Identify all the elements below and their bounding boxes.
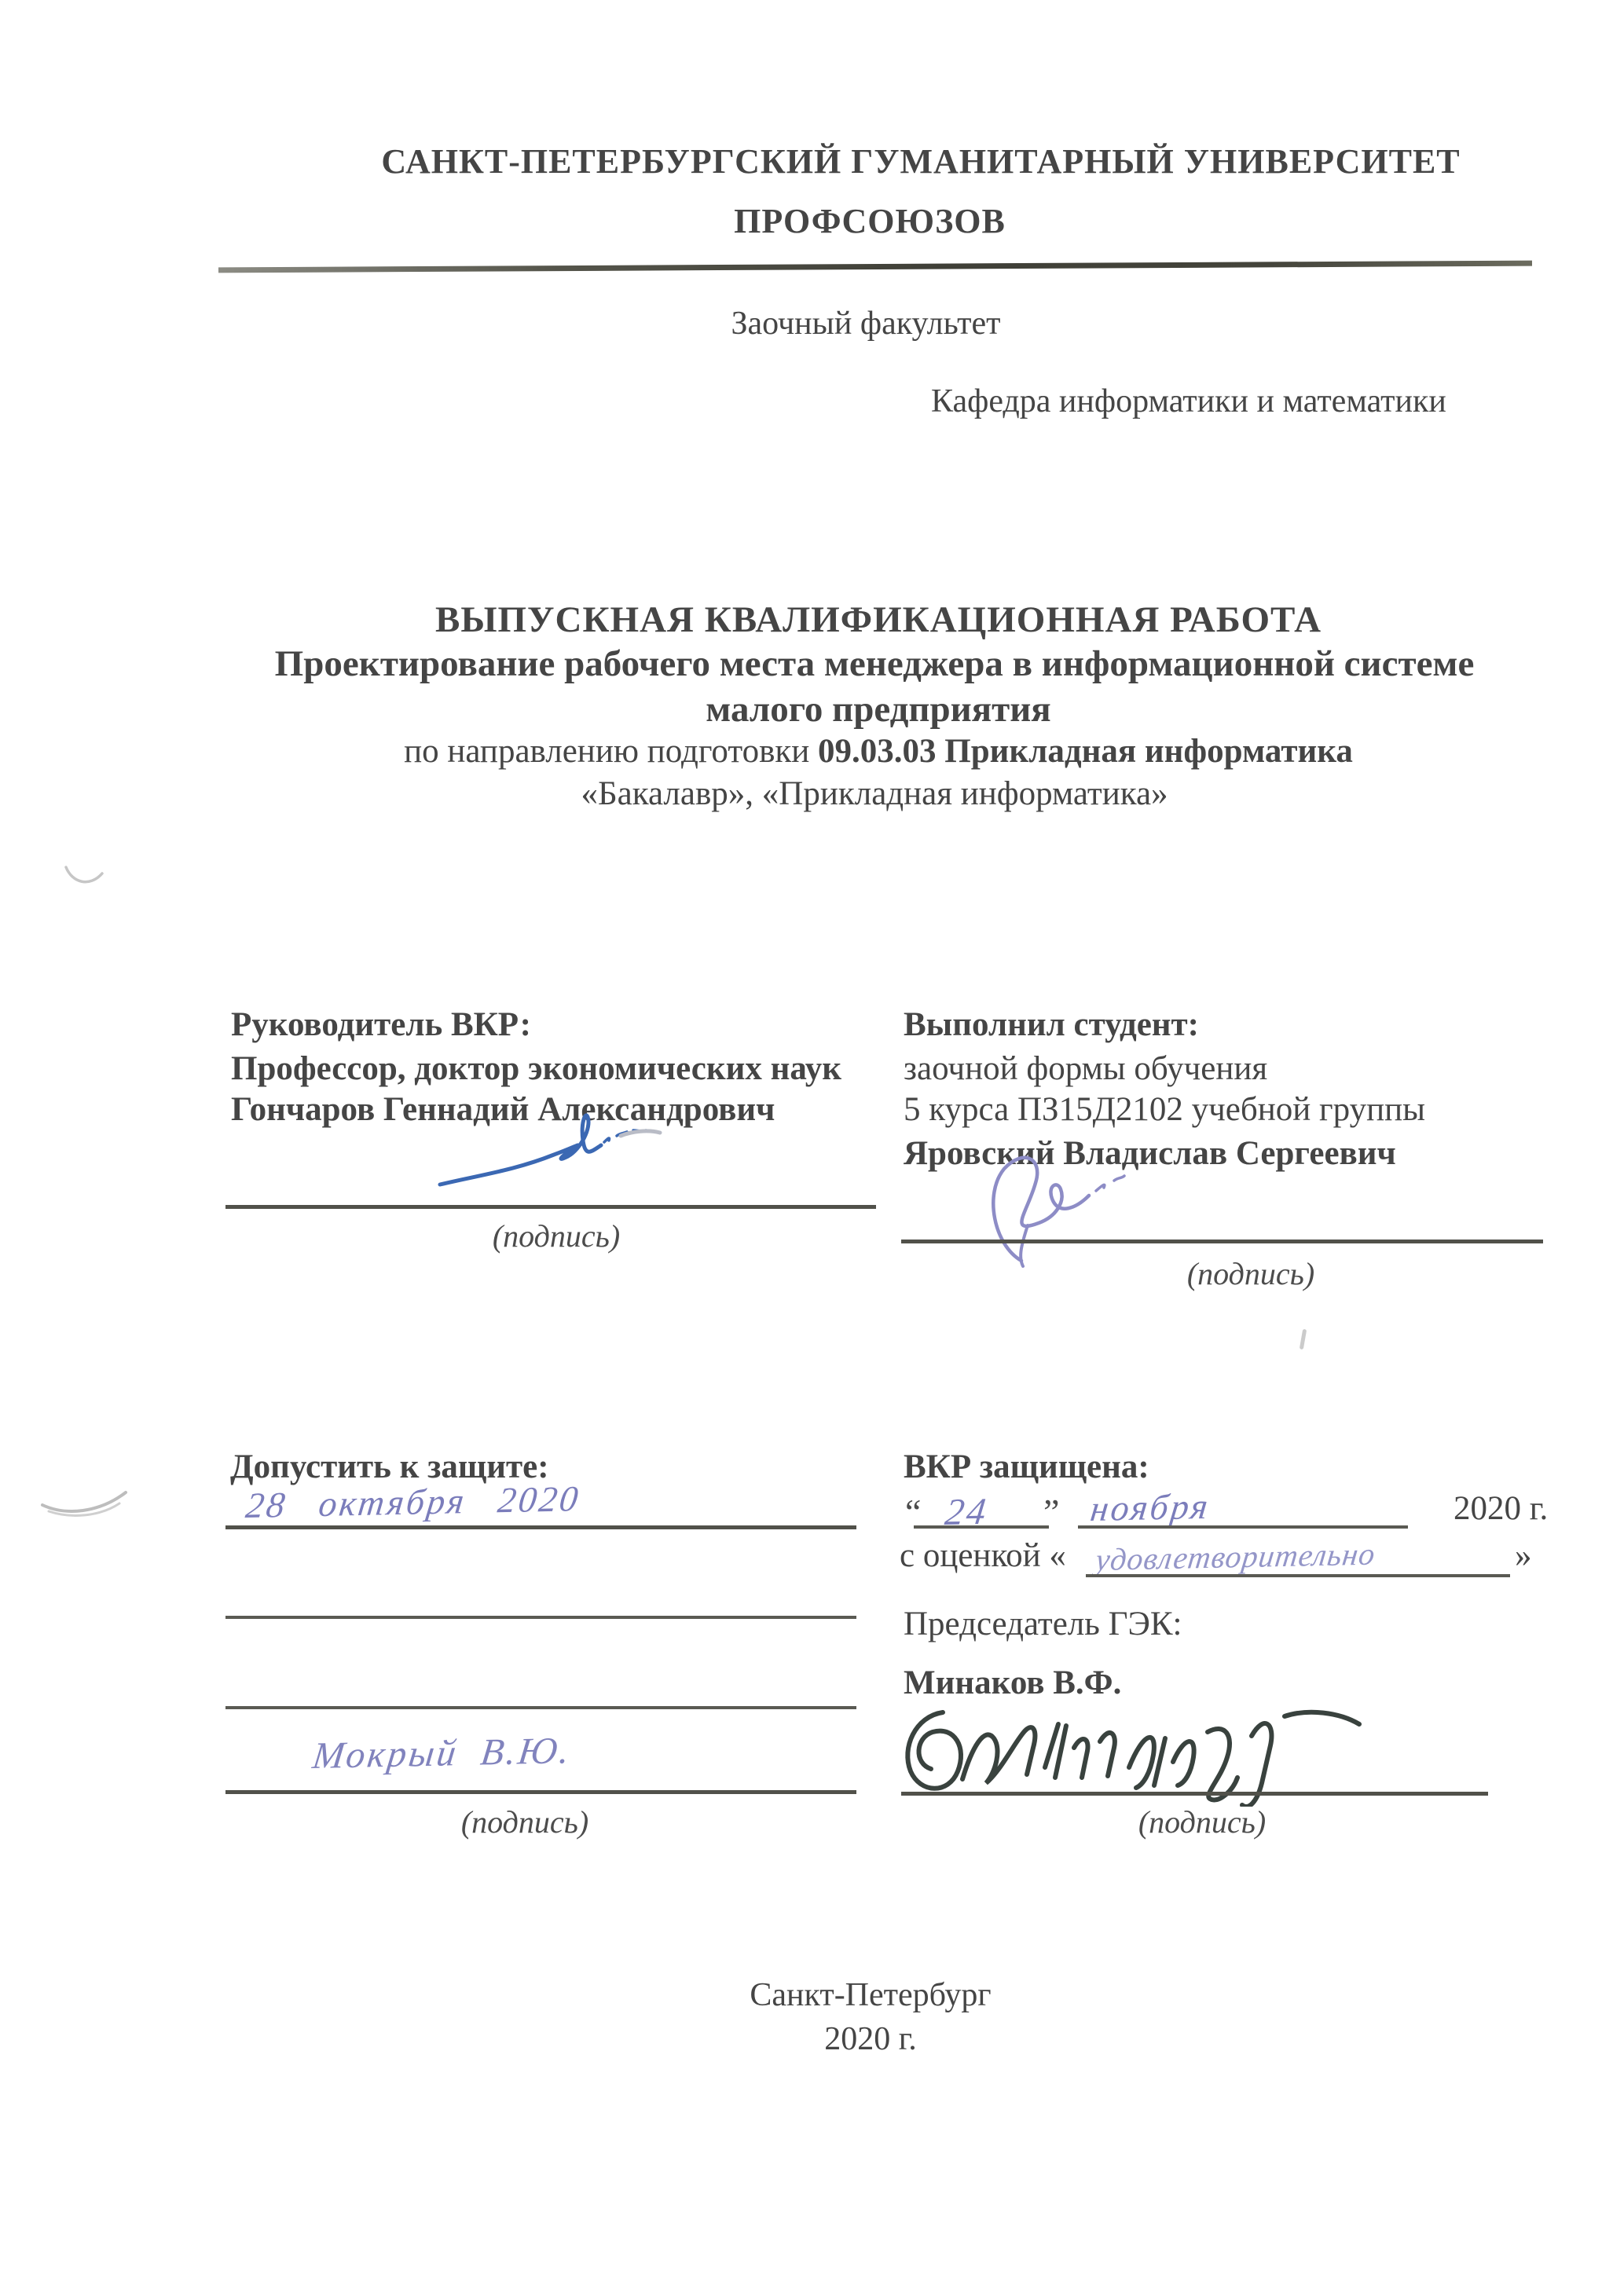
pen-mark-artifact-2 — [38, 1478, 140, 1525]
document-page: САНКТ-ПЕТЕРБУРГСКИЙ ГУМАНИТАРНЫЙ УНИВЕРС… — [0, 0, 1624, 2296]
pen-mark-artifact-1 — [61, 850, 108, 897]
header-divider — [218, 261, 1532, 273]
student-signature-caption: (подпись) — [1187, 1255, 1314, 1292]
student-signature-line — [901, 1240, 1543, 1243]
chairman-label: Председатель ГЭК: — [904, 1605, 1182, 1643]
admission-line-3 — [225, 1706, 856, 1709]
defense-month-line — [1078, 1525, 1408, 1529]
defense-handwritten-grade: удовлетворительно — [1094, 1536, 1377, 1578]
admission-handwritten-signature: Мокрый В.Ю. — [310, 1729, 574, 1778]
admission-handwritten-date: 28 октября 2020 — [244, 1478, 582, 1526]
study-direction-code: 09.03.03 Прикладная информатика — [818, 733, 1353, 770]
student-group: 5 курса ПЗ15Д2102 учебной группы — [904, 1090, 1425, 1129]
qualification-line: «Бакалавр», «Прикладная информатика» — [581, 774, 1168, 813]
chairman-signature-caption: (подпись) — [1138, 1803, 1266, 1840]
footer-city: Санкт-Петербург — [750, 1976, 991, 2014]
supervisor-signature — [436, 1106, 672, 1196]
defense-label: ВКР защищена: — [904, 1448, 1149, 1486]
university-name-line2: ПРОФСОЮЗОВ — [734, 201, 1006, 241]
faculty-name: Заочный факультет — [731, 305, 1000, 342]
study-direction-prefix: по направлению подготовки — [404, 733, 818, 770]
thesis-topic-line2: малого предприятия — [706, 688, 1050, 731]
defense-grade-prefix: с оценкой « — [900, 1536, 1066, 1575]
admission-signature-line — [225, 1790, 856, 1794]
university-name-line1: САНКТ-ПЕТЕРБУРГСКИЙ ГУМАНИТАРНЫЙ УНИВЕРС… — [381, 141, 1460, 181]
supervisor-signature-line — [225, 1205, 876, 1209]
department-name: Кафедра информатики и математики — [931, 383, 1446, 420]
defense-grade-suffix: » — [1515, 1536, 1532, 1575]
student-study-form: заочной формы обучения — [904, 1049, 1267, 1088]
defense-handwritten-month: ноября — [1088, 1485, 1212, 1529]
admission-line-2 — [225, 1616, 856, 1619]
defense-year: 2020 г. — [1454, 1489, 1548, 1528]
admission-signature-caption: (подпись) — [461, 1803, 588, 1840]
scan-smudge-artifact — [1300, 1329, 1307, 1349]
supervisor-position: Профессор, доктор экономических наук — [231, 1049, 841, 1088]
supervisor-signature-caption: (подпись) — [493, 1218, 620, 1254]
defense-grade-line — [1086, 1574, 1510, 1577]
thesis-topic-line1: Проектирование рабочего места менеджера … — [275, 643, 1475, 685]
student-signature — [966, 1147, 1202, 1269]
student-label: Выполнил студент: — [904, 1005, 1199, 1044]
study-direction-line: по направлению подготовки 09.03.03 Прикл… — [404, 732, 1353, 771]
admission-line-1 — [225, 1525, 856, 1529]
footer-year: 2020 г. — [824, 2020, 917, 2058]
defense-day-line — [914, 1525, 1049, 1529]
chairman-signature — [900, 1693, 1402, 1807]
work-type-heading: ВЫПУСКНАЯ КВАЛИФИКАЦИОННАЯ РАБОТА — [435, 599, 1322, 641]
chairman-signature-line — [901, 1792, 1488, 1796]
supervisor-label: Руководитель ВКР: — [231, 1005, 531, 1044]
